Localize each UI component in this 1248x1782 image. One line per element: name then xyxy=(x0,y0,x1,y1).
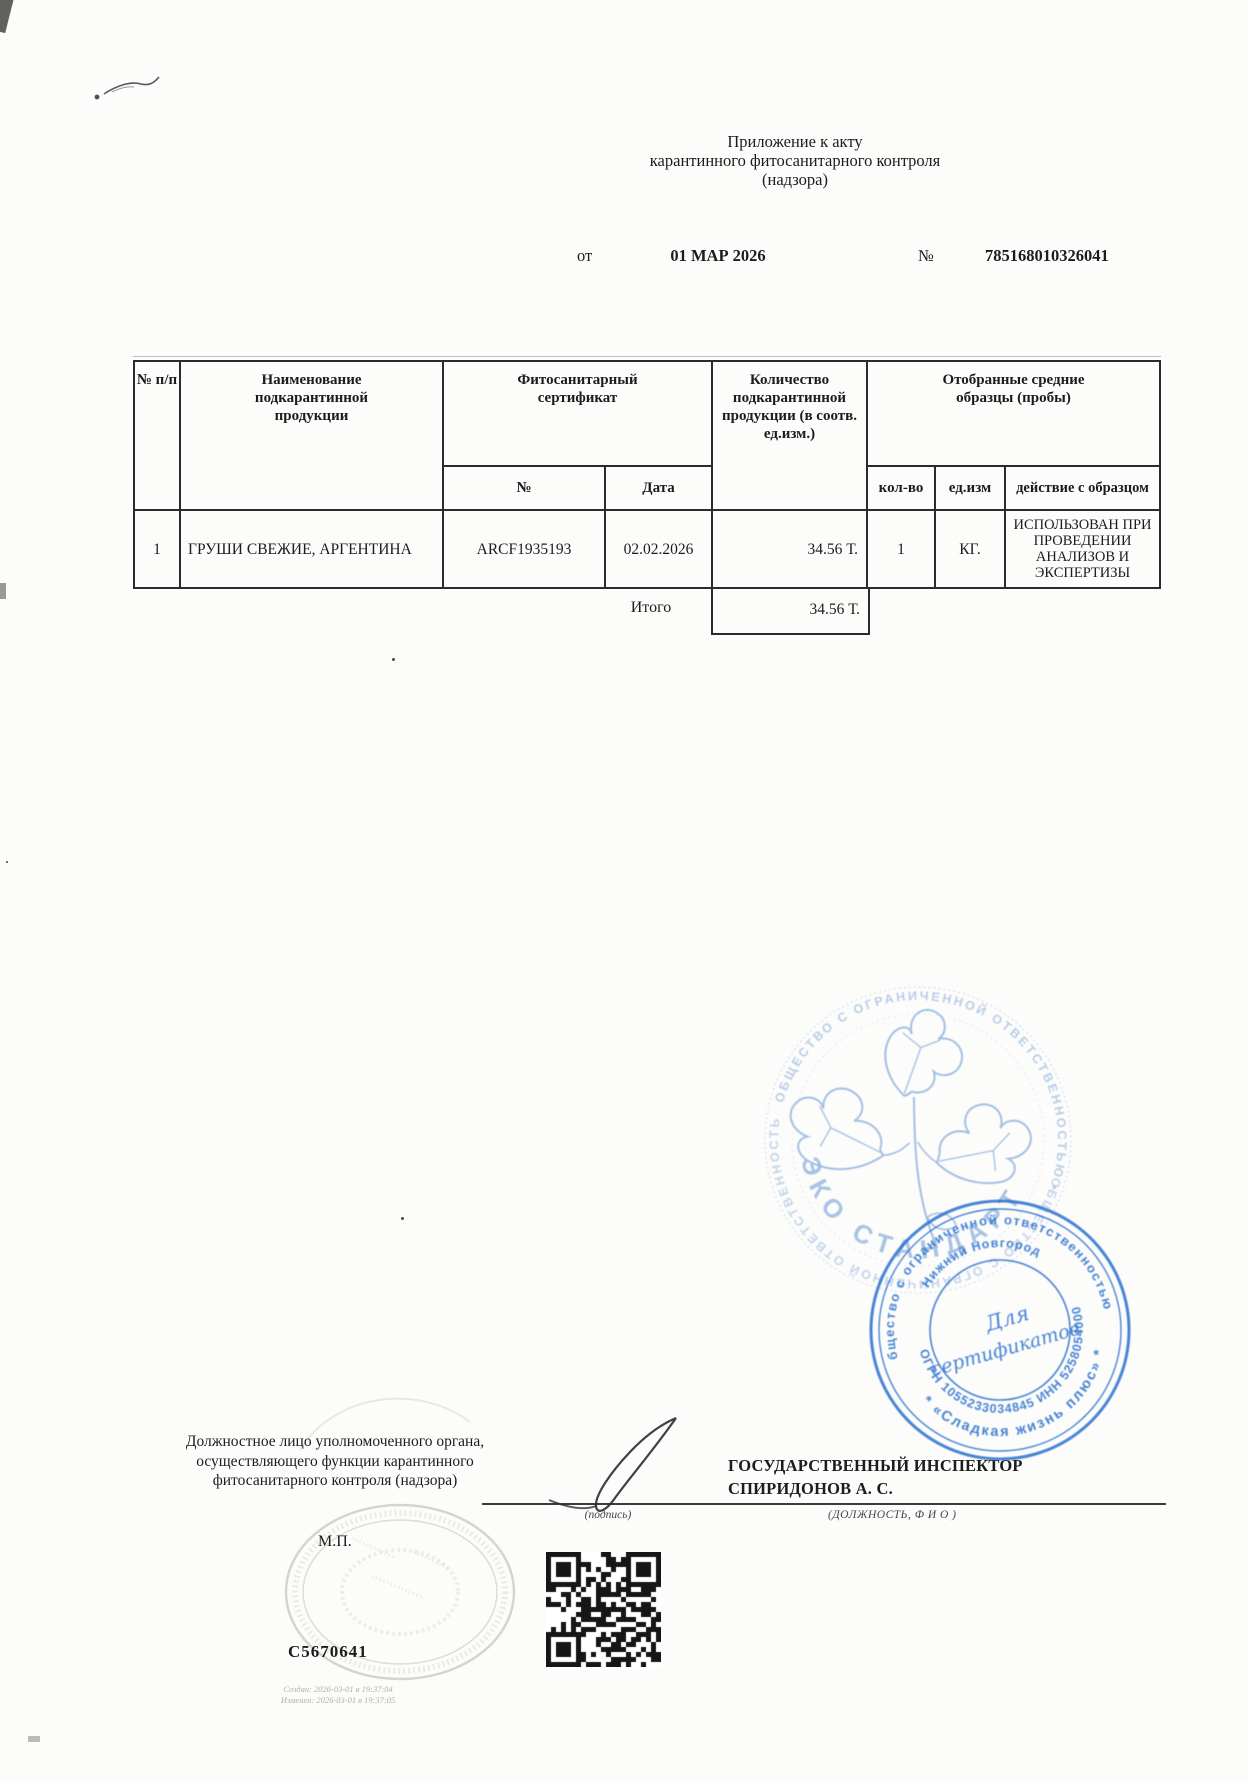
svg-text:Нижний Новгород: Нижний Новгород xyxy=(912,1222,1047,1293)
sladkaya-center-line-1: Для xyxy=(982,1301,1032,1337)
stamp-sladkaya-zhizn: Общество с ограниченной ответственностью… xyxy=(0,0,1248,1782)
document-page: Приложение к акту карантинного фитосанит… xyxy=(0,0,1248,1782)
sladkaya-city-arc: Нижний Новгород xyxy=(912,1222,1047,1293)
